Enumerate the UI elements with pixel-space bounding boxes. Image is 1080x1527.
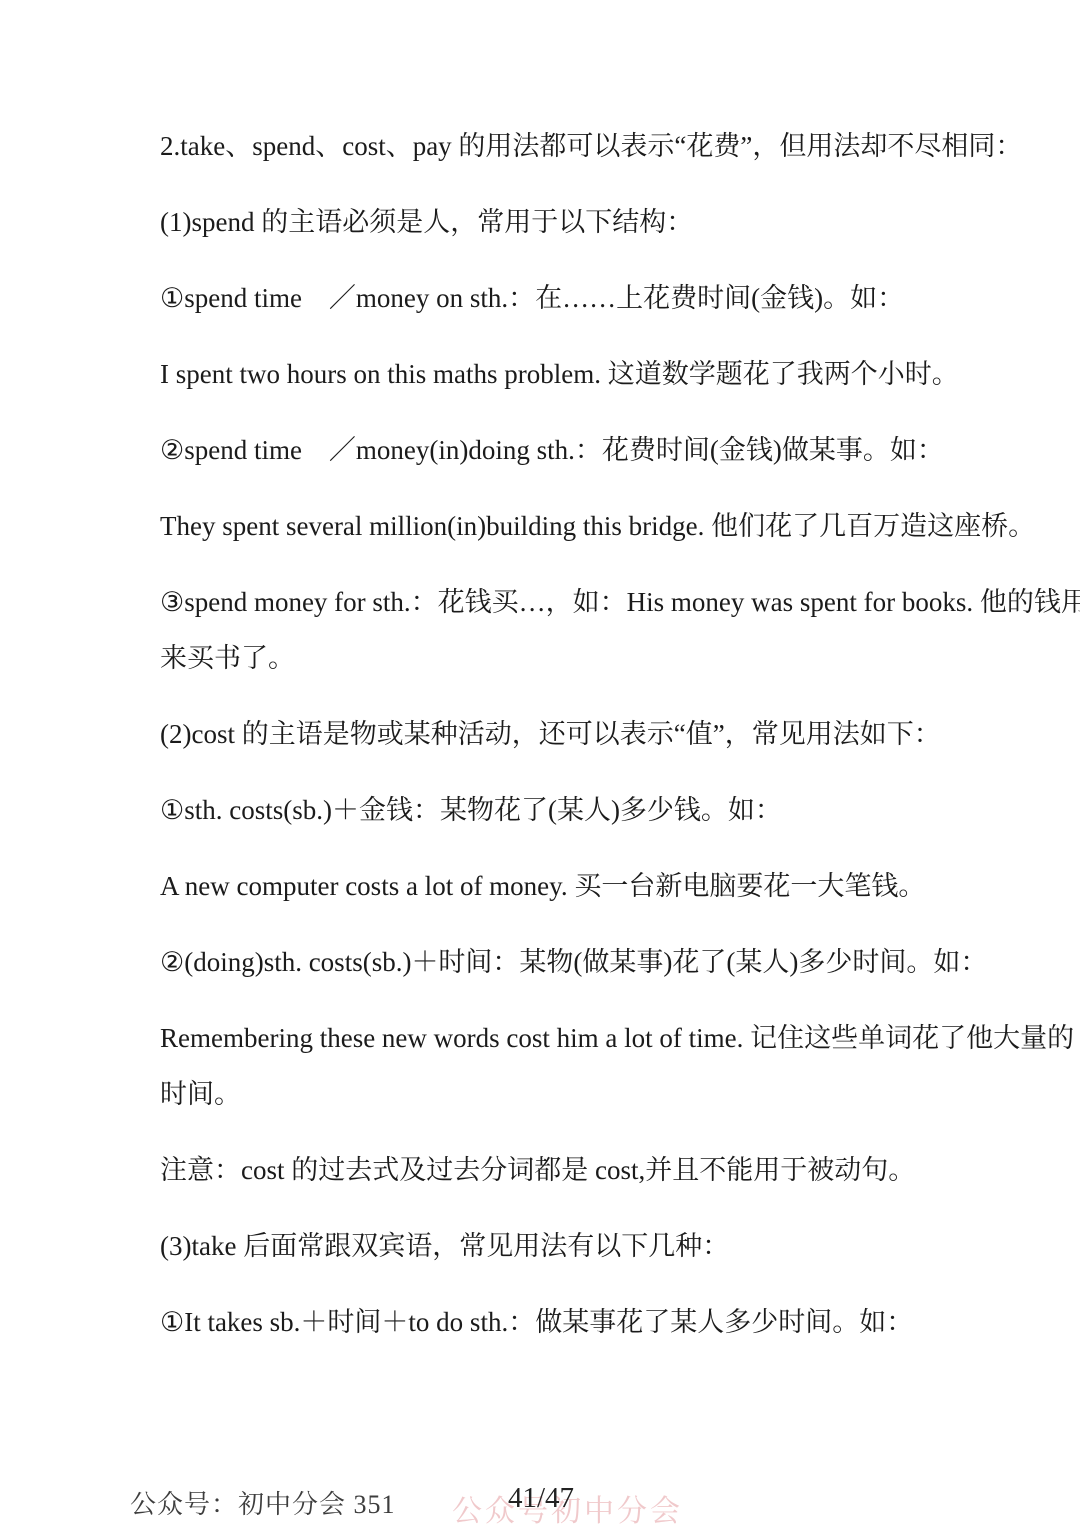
document-line: They spent several million(in)building t… <box>160 498 950 554</box>
page-number: 41/47 <box>508 1482 574 1515</box>
document-line: 时间。 <box>160 1066 950 1122</box>
document-line: I spent two hours on this maths problem.… <box>160 346 950 402</box>
document-line: ①spend time ／money on sth.：在……上花费时间(金钱)。… <box>160 270 950 326</box>
document-line: Remembering these new words cost him a l… <box>160 1010 950 1066</box>
document-line: ①It takes sb.＋时间＋to do sth.：做某事花了某人多少时间。… <box>160 1294 950 1350</box>
document-line: ②spend time ／money(in)doing sth.：花费时间(金钱… <box>160 422 950 478</box>
document-line: ①sth. costs(sb.)＋金钱：某物花了(某人)多少钱。如： <box>160 782 950 838</box>
document-line: (2)cost 的主语是物或某种活动，还可以表示“值”，常见用法如下： <box>160 706 950 762</box>
document-line: ③spend money for sth.：花钱买…，如：His money w… <box>160 574 950 630</box>
document-page: 2.take、spend、cost、pay 的用法都可以表示“花费”，但用法却不… <box>0 0 1080 1527</box>
document-line: 2.take、spend、cost、pay 的用法都可以表示“花费”，但用法却不… <box>160 118 950 174</box>
document-line: A new computer costs a lot of money. 买一台… <box>160 858 950 914</box>
document-line: (3)take 后面常跟双宾语，常见用法有以下几种： <box>160 1218 950 1274</box>
document-line: 来买书了。 <box>160 630 950 686</box>
document-line: ②(doing)sth. costs(sb.)＋时间：某物(做某事)花了(某人)… <box>160 934 950 990</box>
document-line: (1)spend 的主语必须是人，常用于以下结构： <box>160 194 950 250</box>
footer-account-label: 公众号：初中分会 351 <box>130 1484 396 1521</box>
document-body: 2.take、spend、cost、pay 的用法都可以表示“花费”，但用法却不… <box>160 118 950 1350</box>
document-line: 注意：cost 的过去式及过去分词都是 cost,并且不能用于被动句。 <box>160 1142 950 1198</box>
page-footer: 公众号：初中分会 351 公众号初中分会 41/47 <box>0 1478 1080 1522</box>
